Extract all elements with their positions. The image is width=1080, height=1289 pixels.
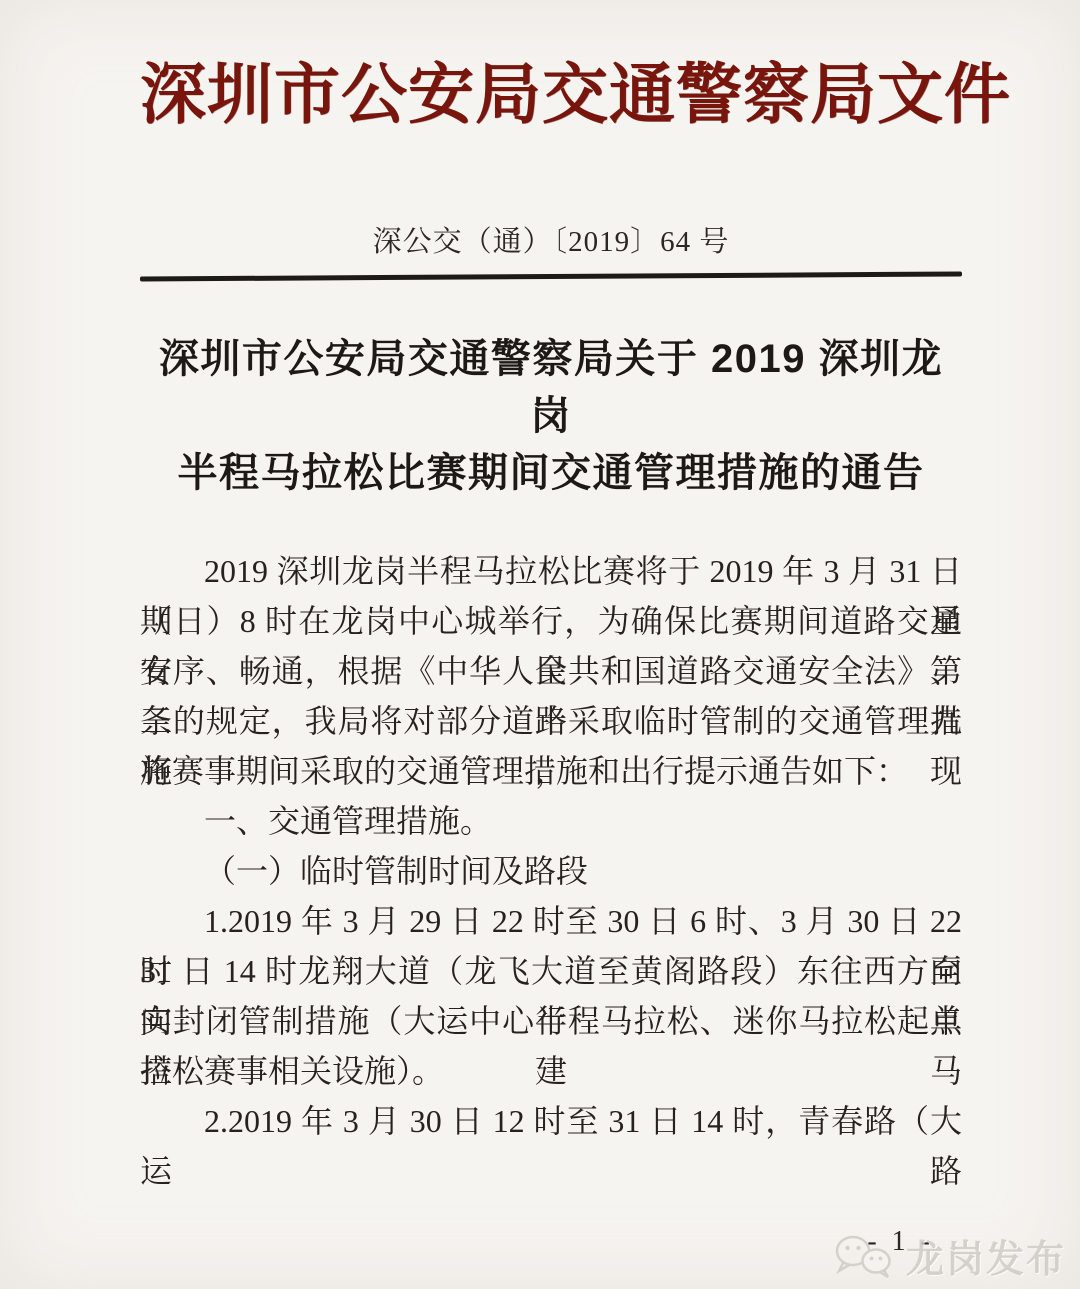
document-number: 深公交（通）〔2019〕64 号 (140, 226, 962, 258)
body-line: 期日）8 时在龙岗中心城举行，为确保比赛期间道路交通安全、 (140, 596, 962, 646)
body-line: 2.2019 年 3 月 30 日 12 时至 31 日 14 时，青春路（大运… (140, 1096, 962, 1146)
wechat-icon (832, 1232, 896, 1280)
body-line: 将赛事期间采取的交通管理措施和出行提示通告如下： (140, 746, 962, 796)
watermark-label: 龙岗发布 (906, 1228, 1066, 1283)
body-line: 2019 深圳龙岗半程马拉松比赛将于 2019 年 3 月 31 日（星 (140, 546, 962, 596)
document-title: 深圳市公安局交通警察局关于 2019 深圳龙岗 半程马拉松比赛期间交通管理措施的… (140, 331, 962, 502)
document-header: 深圳市公安局交通警察局文件 (140, 44, 962, 144)
document-title-line1: 深圳市公安局交通警察局关于 2019 深圳龙岗 (140, 331, 962, 445)
body-line: 有序、畅通，根据《中华人民共和国道路交通安全法》第三十九 (140, 646, 962, 696)
body-line: 向封闭管制措施（大运中心半程马拉松、迷你马拉松起点搭建马 (140, 996, 962, 1046)
body-line: 一、交通管理措施。 (140, 796, 962, 846)
body-line: 条的规定，我局将对部分道路采取临时管制的交通管理措施，现 (140, 696, 962, 746)
separator-line (140, 271, 962, 281)
document-body: 2019 深圳龙岗半程马拉松比赛将于 2019 年 3 月 31 日（星 期日）… (140, 546, 962, 1146)
watermark: 龙岗发布 (832, 1228, 1066, 1283)
body-line: 31 日 14 时龙翔大道（龙飞大道至黄阁路段）东往西方向实行单 (140, 946, 962, 996)
document-content: 深圳市公安局交通警察局文件 深公交（通）〔2019〕64 号 深圳市公安局交通警… (0, 44, 1080, 1258)
document-title-line2: 半程马拉松比赛期间交通管理措施的通告 (140, 445, 962, 502)
body-line: 1.2019 年 3 月 29 日 22 时至 30 日 6 时、3 月 30 … (140, 896, 962, 946)
scanned-official-document: 深圳市公安局交通警察局文件 深公交（通）〔2019〕64 号 深圳市公安局交通警… (0, 0, 1080, 1289)
body-line: （一）临时管制时间及路段 (140, 846, 962, 896)
